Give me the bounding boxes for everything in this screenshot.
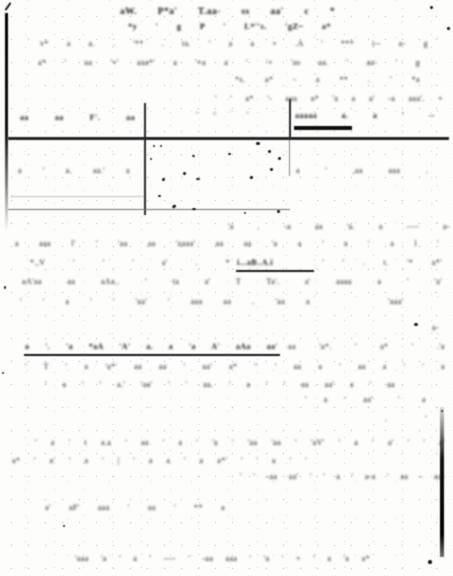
noise-speck	[428, 560, 432, 564]
body-line: ' ' . t. '* a*'	[322, 257, 442, 269]
body-line-underlined-phrase: i...aB..A.i	[237, 257, 313, 269]
handwriting-mark	[250, 176, 253, 179]
handwriting-mark	[268, 150, 271, 153]
handwriting-mark	[172, 204, 177, 208]
scan-artifact-corner-tick	[5, 2, 12, 11]
handwriting-mark	[183, 172, 186, 175]
handwriting-mark	[160, 145, 162, 147]
table-header-col3-underline	[294, 126, 352, 130]
handwriting-mark	[192, 208, 196, 210]
handwriting-mark	[278, 157, 281, 160]
body-line: . '	[385, 413, 427, 425]
table-inner-rule-col1	[10, 196, 144, 197]
handwriting-mark	[277, 210, 280, 213]
table-header-col1: aa aa F'. aa	[20, 112, 135, 124]
body-line: ' T ' a 'a*' aa aa ' aa' a* '' ' aa a ' …	[25, 361, 445, 373]
body-line: ' a ' t a.a ' aa ' a ' 'a ' 'aa 'aa ' 'a…	[35, 437, 445, 449]
scan-artifact-left-edge-bar	[5, 13, 8, 231]
intro-line-1: v* a a. . '** . ta. ' a a + .A ' *** i--…	[40, 38, 428, 50]
underlined-heading-line: a '. 'a *aA 'A' a. a 'a A' aAa aa'	[25, 341, 278, 353]
title-line-1: aW. P*a' T.aa- ss aa' c *	[120, 7, 335, 19]
right-block-line-1: *s. a* - a ** . ' *a	[235, 74, 420, 86]
handwriting-mark	[196, 178, 200, 180]
body-line: ' ' a ' ' 'aa' ' aaa aa . 'aa a	[20, 296, 310, 308]
body-line: a aaa l' ' 'aa aa 'aaaa' aa aa 'a a ' a …	[15, 238, 439, 250]
body-line: aa 'a*. ' a* ' .'a	[288, 341, 445, 353]
body-line: a* ' a' ' a ' | ' a a ' a a*' ' ' a ' '	[12, 455, 307, 467]
table-vertical-rule-2-lower	[289, 138, 290, 176]
noise-speck	[441, 410, 443, 412]
handwriting-mark	[158, 195, 161, 197]
body-line: 'a . -a aa 'a. a ---- a-	[228, 221, 450, 233]
noise-speck	[414, 323, 418, 326]
intro-line-2: a* ' aa '+' aaa*' a '+a a ' '+ 'as aa. '…	[38, 57, 420, 69]
body-line: ' a	[398, 394, 426, 406]
handwriting-mark	[228, 153, 231, 155]
handwriting-mark	[150, 158, 152, 160]
body-line: aA'aa aa aAa.. ' ta a' T Ta'. a' aaaa a …	[22, 276, 442, 288]
noise-speck	[430, 6, 433, 9]
body-line: ' a ' ' a.' 'aa' ' ' aa. ' a ' ' aa aa' …	[45, 379, 395, 391]
table-bottom-rule	[8, 209, 290, 210]
body-line: ' ' -aa aa' ' ' a ' a-a ' aa - aa-	[240, 471, 445, 483]
table-header-col3: aaaaa a. a ' --	[295, 110, 435, 122]
scanned-document-page: aW. P*a' T.aa- ss aa' c * *y ' g P ' L*'…	[0, 0, 453, 576]
noise-speck	[4, 286, 6, 289]
table-header-bottom-rule	[8, 137, 449, 140]
body-line: 'aaa'	[388, 296, 428, 308]
table-vertical-rule-2-upper	[289, 99, 291, 138]
footer-line: 'aaa 'a ' a ' ---- ' -aa aaa ' 'a ' + ' …	[75, 553, 370, 565]
body-line: a-	[432, 322, 448, 334]
handwriting-mark	[270, 168, 273, 171]
table-header-col2: + a ' +	[195, 108, 250, 120]
table-row-col1: a ' a. aa.' a	[18, 165, 130, 177]
noise-speck	[63, 525, 65, 527]
table-vertical-rule-1	[144, 103, 146, 215]
right-block-line-2: ' ' a* '- aaa a* 'a a a' -a aaa'. +	[215, 93, 443, 105]
handwriting-mark	[244, 212, 246, 214]
noise-speck	[2, 372, 4, 374]
table-row-col3: a ' ,aa aaa .	[296, 165, 428, 177]
handwriting-mark	[153, 145, 155, 147]
noise-speck	[447, 27, 450, 30]
handwriting-mark	[256, 142, 260, 145]
title-line-2: *y ' g P ' L*''s. 'gZ~ a*	[128, 21, 331, 33]
underline-phrase-rule	[236, 270, 314, 272]
handwriting-mark	[162, 178, 165, 181]
body-line: ' a ' aa'	[305, 394, 373, 406]
body-line: *.,V ' ' ' a' . *	[30, 257, 230, 269]
handwriting-mark	[192, 154, 196, 157]
underline-heading-rule	[24, 354, 280, 356]
closing-line: a' aF' aaa ' aa ' ** a	[45, 502, 225, 514]
